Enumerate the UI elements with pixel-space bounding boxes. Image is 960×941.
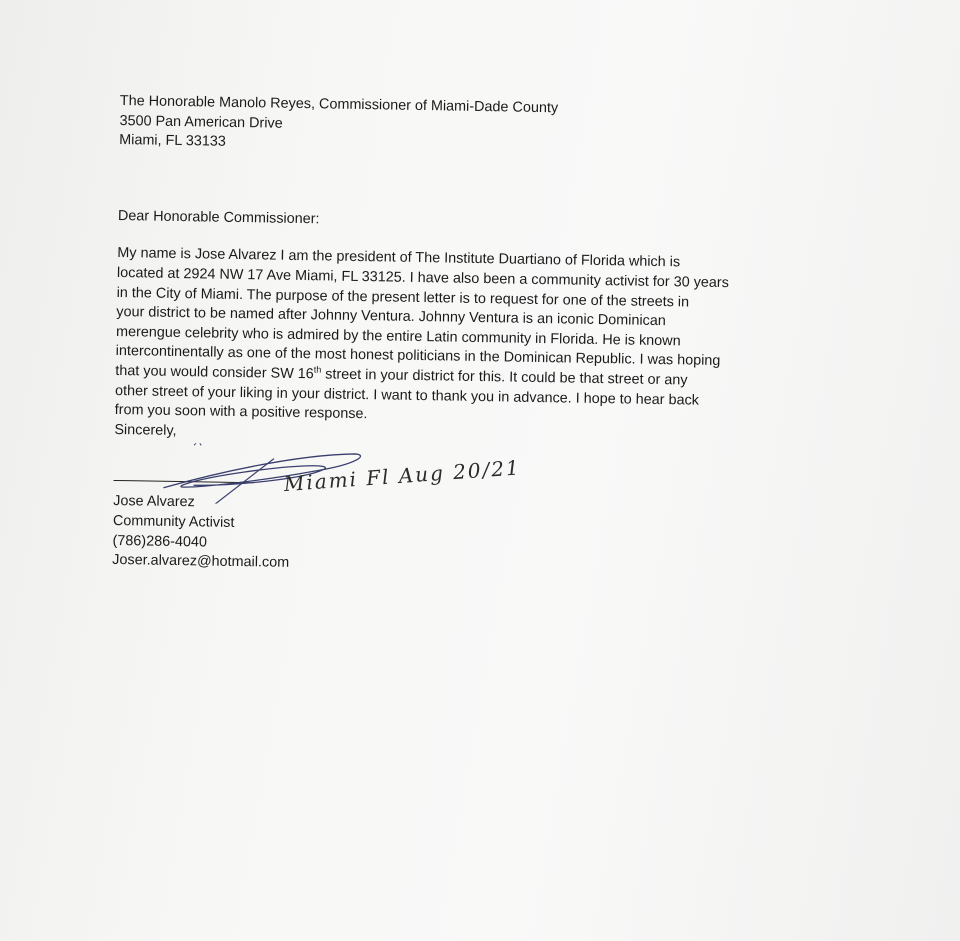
sender-block: Jose Alvarez Community Activist (786)286… [112,492,853,583]
body-text: that you would consider SW 16 [115,363,314,382]
body-text: street in your district for this. It cou… [321,366,688,388]
letter-body: My name is Jose Alvarez I am the preside… [115,244,858,433]
ordinal-suffix: th [314,364,322,374]
letter: The Honorable Manolo Reyes, Commissioner… [112,92,860,583]
signature-area: Miami Fl Aug 20/21 [113,440,854,504]
recipient-address: The Honorable Manolo Reyes, Commissioner… [119,92,860,163]
letter-page: The Honorable Manolo Reyes, Commissioner… [0,0,960,941]
salutation: Dear Honorable Commissioner: [118,207,858,239]
